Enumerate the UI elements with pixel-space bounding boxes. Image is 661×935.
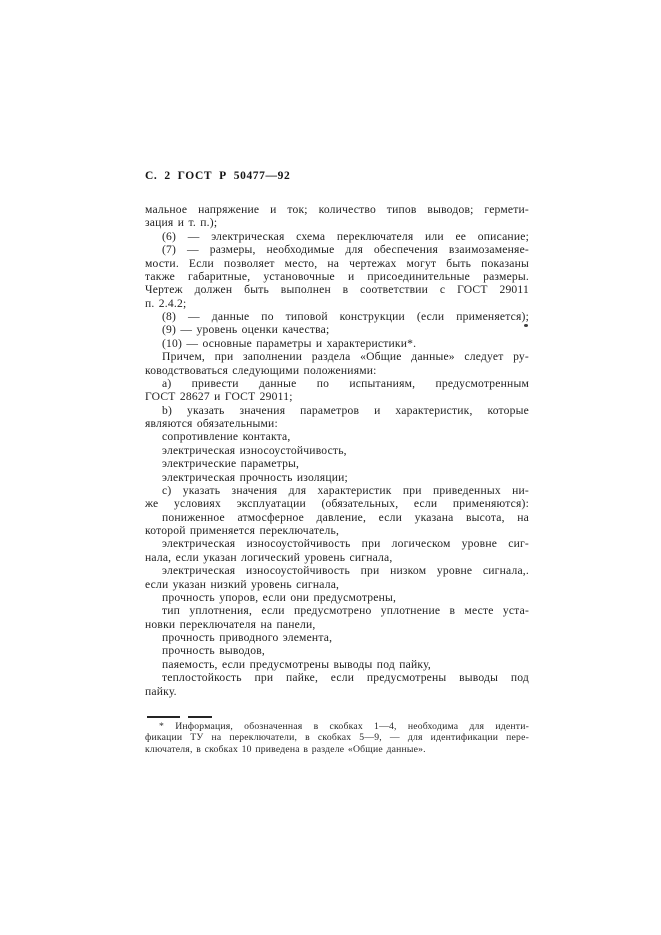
text-line: п. 2.4.2;	[145, 297, 529, 310]
text-line: (7) — размеры, необходимые для обеспечен…	[145, 243, 529, 256]
text-line: ководствоваться следующими положениями:	[145, 364, 529, 377]
text-line: сопротивление контакта,	[145, 430, 529, 443]
text-line: пайку.	[145, 685, 529, 698]
text-line: Чертеж должен быть выполнен в соответств…	[145, 283, 529, 296]
text-line: (9) — уровень оценки качества;	[145, 323, 529, 336]
text-line: же условиях эксплуатации (обязательных, …	[145, 497, 529, 510]
text-line: нала, если указан логический уровень сиг…	[145, 551, 529, 564]
page-header: С. 2 ГОСТ Р 50477—92	[145, 170, 290, 182]
footnote-text: * Информация, обозначенная в скобках 1—4…	[145, 721, 529, 755]
text-line: являются обязательными:	[145, 417, 529, 430]
text-line: ключателя, в скобках 10 приведена в разд…	[145, 744, 529, 755]
text-line: новки переключателя на панели,	[145, 618, 529, 631]
text-line: пониженное атмосферное давление, если ук…	[145, 511, 529, 524]
text-line: Причем, при заполнении раздела «Общие да…	[145, 350, 529, 363]
text-line: ГОСТ 28627 и ГОСТ 29011;	[145, 390, 529, 403]
text-line: прочность выводов,	[145, 644, 529, 657]
text-line: если указан низкий уровень сигнала,	[145, 578, 529, 591]
text-line: прочность приводного элемента,	[145, 631, 529, 644]
text-line: (6) — электрическая схема переключателя …	[145, 230, 529, 243]
text-line: теплостойкость при пайке, если предусмот…	[145, 671, 529, 684]
text-line: прочность упоров, если они предусмотрены…	[145, 591, 529, 604]
text-line: зация и т. п.);	[145, 216, 529, 229]
text-line: электрическая прочность изоляции;	[145, 471, 529, 484]
document-page: С. 2 ГОСТ Р 50477—92 мальное напряжение …	[0, 0, 661, 935]
text-line: мости. Если позволяет место, на чертежах…	[145, 257, 529, 270]
text-line: а) привести данные по испытаниям, предус…	[145, 377, 529, 390]
scan-speck	[524, 324, 528, 327]
text-line: электрические параметры,	[145, 457, 529, 470]
text-line: * Информация, обозначенная в скобках 1—4…	[145, 721, 529, 732]
text-line: которой применяется переключатель,	[145, 524, 529, 537]
text-line: b) указать значения параметров и характе…	[145, 404, 529, 417]
text-line: фикации ТУ на переключатели, в скобках 5…	[145, 732, 529, 743]
text-line: электрическая износоустойчивость,	[145, 444, 529, 457]
text-line: (10) — основные параметры и характеристи…	[145, 337, 529, 350]
text-line: электрическая износоустойчивость при лог…	[145, 537, 529, 550]
footnote-separator-dash	[147, 716, 180, 718]
text-line: электрическая износоустойчивость при низ…	[145, 564, 529, 577]
text-line: с) указать значения для характеристик пр…	[145, 484, 529, 497]
text-line: паяемость, если предусмотрены выводы под…	[145, 658, 529, 671]
text-line: тип уплотнения, если предусмотрено уплот…	[145, 604, 529, 617]
footnote-separator-dash	[188, 716, 212, 718]
text-line: также габаритные, установочные и присоед…	[145, 270, 529, 283]
body-text: мальное напряжение и ток; количество тип…	[145, 203, 529, 698]
text-line: (8) — данные по типовой конструкции (есл…	[145, 310, 529, 323]
text-line: мальное напряжение и ток; количество тип…	[145, 203, 529, 216]
